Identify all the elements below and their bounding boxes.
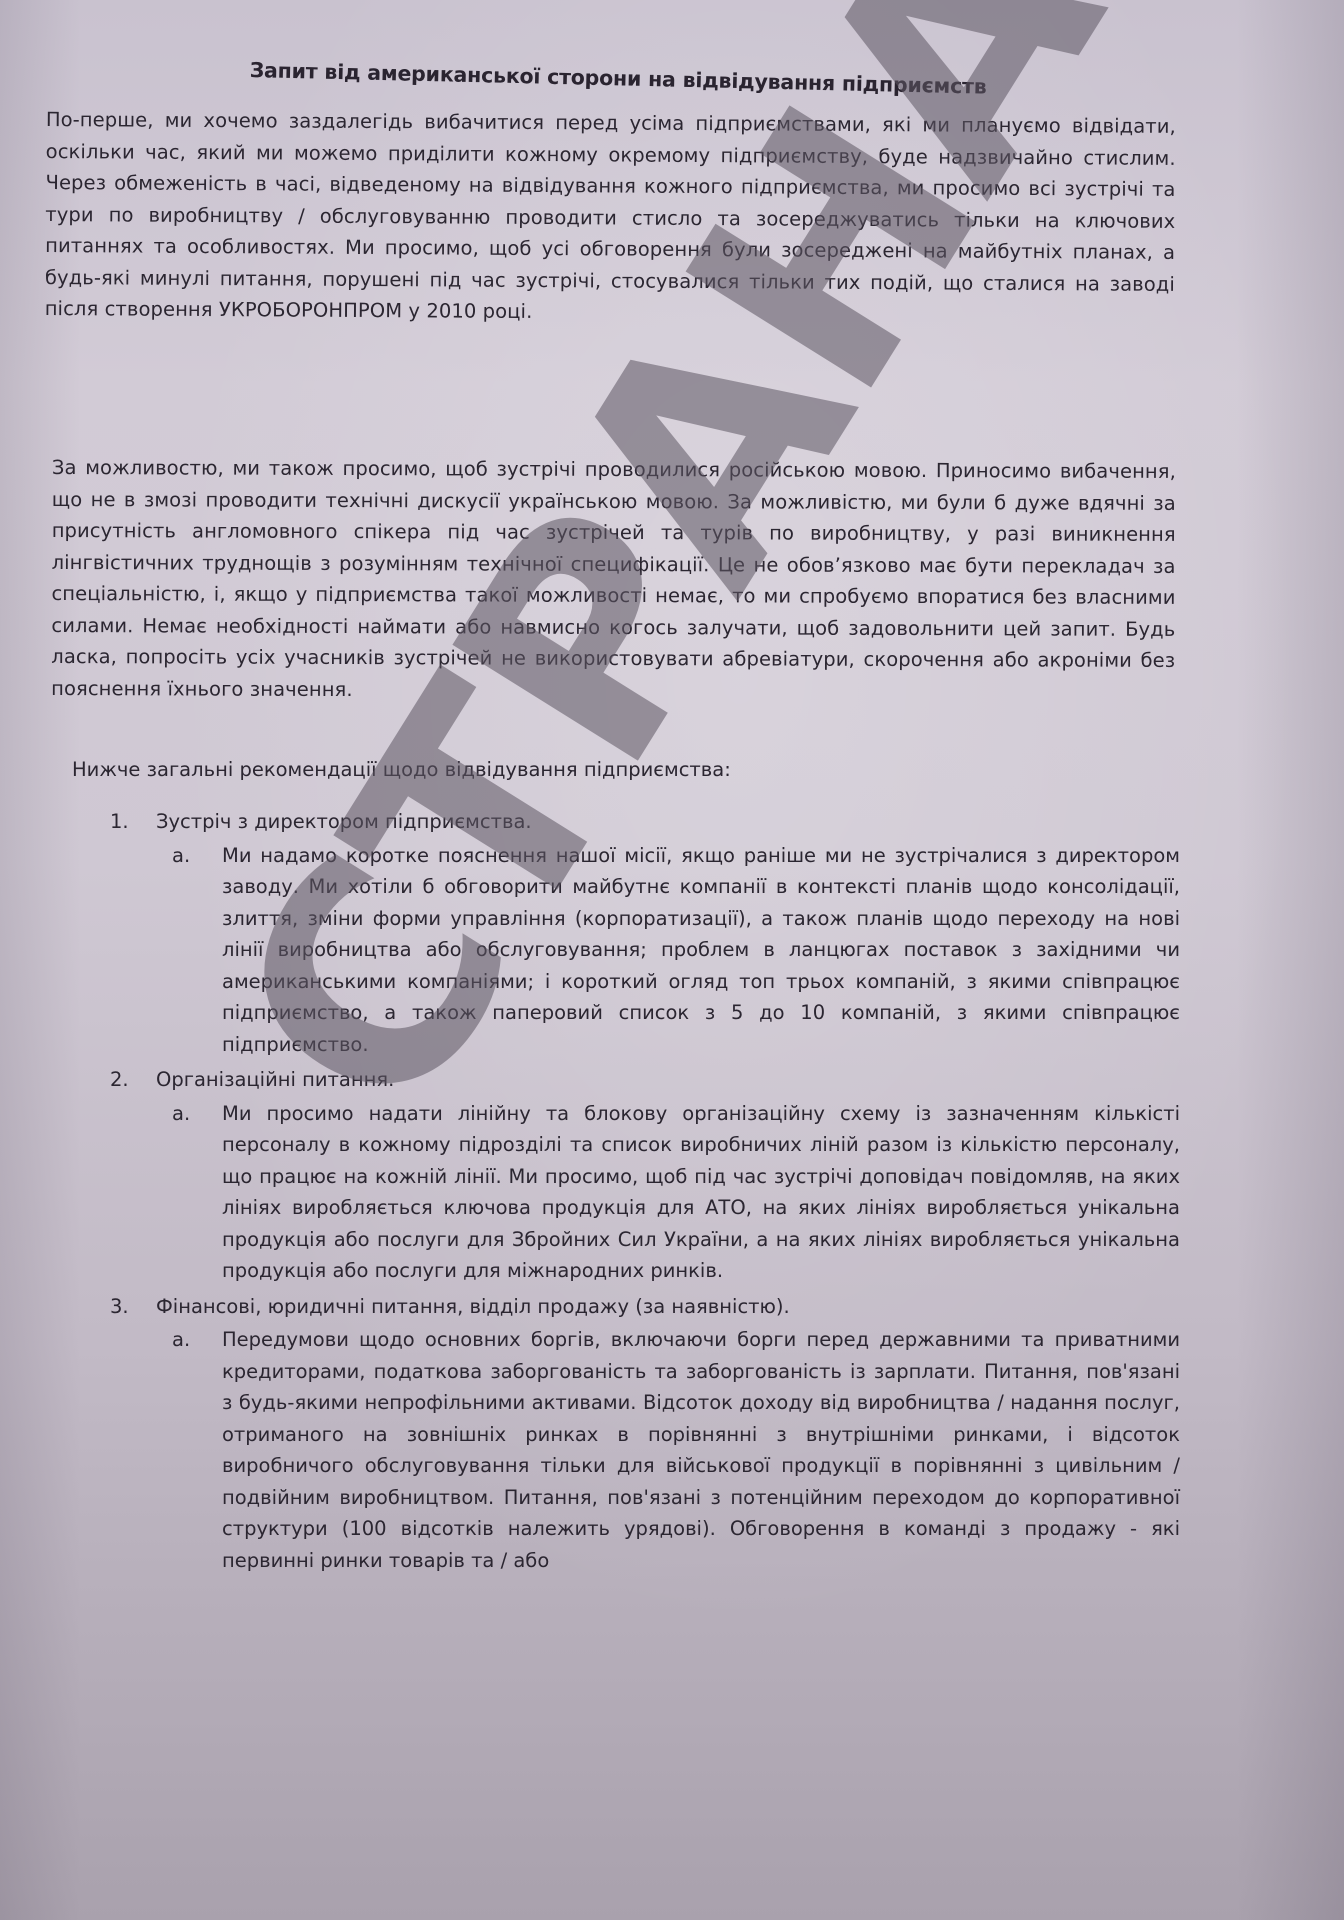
- sub-item-organizational: a. Ми просимо надати лінійну та блокову …: [172, 1098, 1180, 1287]
- paragraph-intro-apology: По-перше, ми хочемо заздалегідь вибачити…: [45, 104, 1176, 331]
- list-item-director-meeting: 1. Зустріч з директором підприємства.: [110, 806, 1180, 838]
- document-title: Запит від американської сторони на відві…: [249, 58, 986, 99]
- list-intro: Нижче загальні рекомендації щодо відвіду…: [72, 754, 731, 785]
- list-item-heading: Фінансові, юридичні питання, відділ прод…: [156, 1295, 790, 1318]
- paragraph-language-request: За можливостю, ми також просимо, щоб зус…: [51, 452, 1176, 708]
- list-item-organizational: 2. Організаційні питання.: [110, 1064, 1180, 1096]
- document-page: Запит від американської сторони на відві…: [0, 0, 1344, 1920]
- sub-item-letter: a.: [172, 1098, 190, 1130]
- list-item-number: 2.: [110, 1064, 150, 1096]
- list-item-number: 1.: [110, 806, 150, 838]
- list-item-heading: Зустріч з директором підприємства.: [156, 810, 532, 833]
- list-item-heading: Організаційні питання.: [156, 1068, 394, 1091]
- sub-item-director-meeting: a. Ми надамо коротке пояснення нашої міс…: [172, 840, 1180, 1061]
- sub-item-text: Передумови щодо основних боргів, включаю…: [222, 1328, 1180, 1572]
- recommendations-list: 1. Зустріч з директором підприємства. a.…: [110, 806, 1180, 1576]
- sub-item-letter: a.: [172, 1324, 190, 1356]
- sub-item-letter: a.: [172, 840, 190, 872]
- sub-item-text: Ми просимо надати лінійну та блокову орг…: [222, 1102, 1180, 1283]
- list-item-financial-legal: 3. Фінансові, юридичні питання, відділ п…: [110, 1291, 1180, 1323]
- sub-item-financial-legal: a. Передумови щодо основних боргів, вклю…: [172, 1324, 1180, 1576]
- list-item-number: 3.: [110, 1291, 150, 1323]
- sub-item-text: Ми надамо коротке пояснення нашої місії,…: [222, 844, 1180, 1056]
